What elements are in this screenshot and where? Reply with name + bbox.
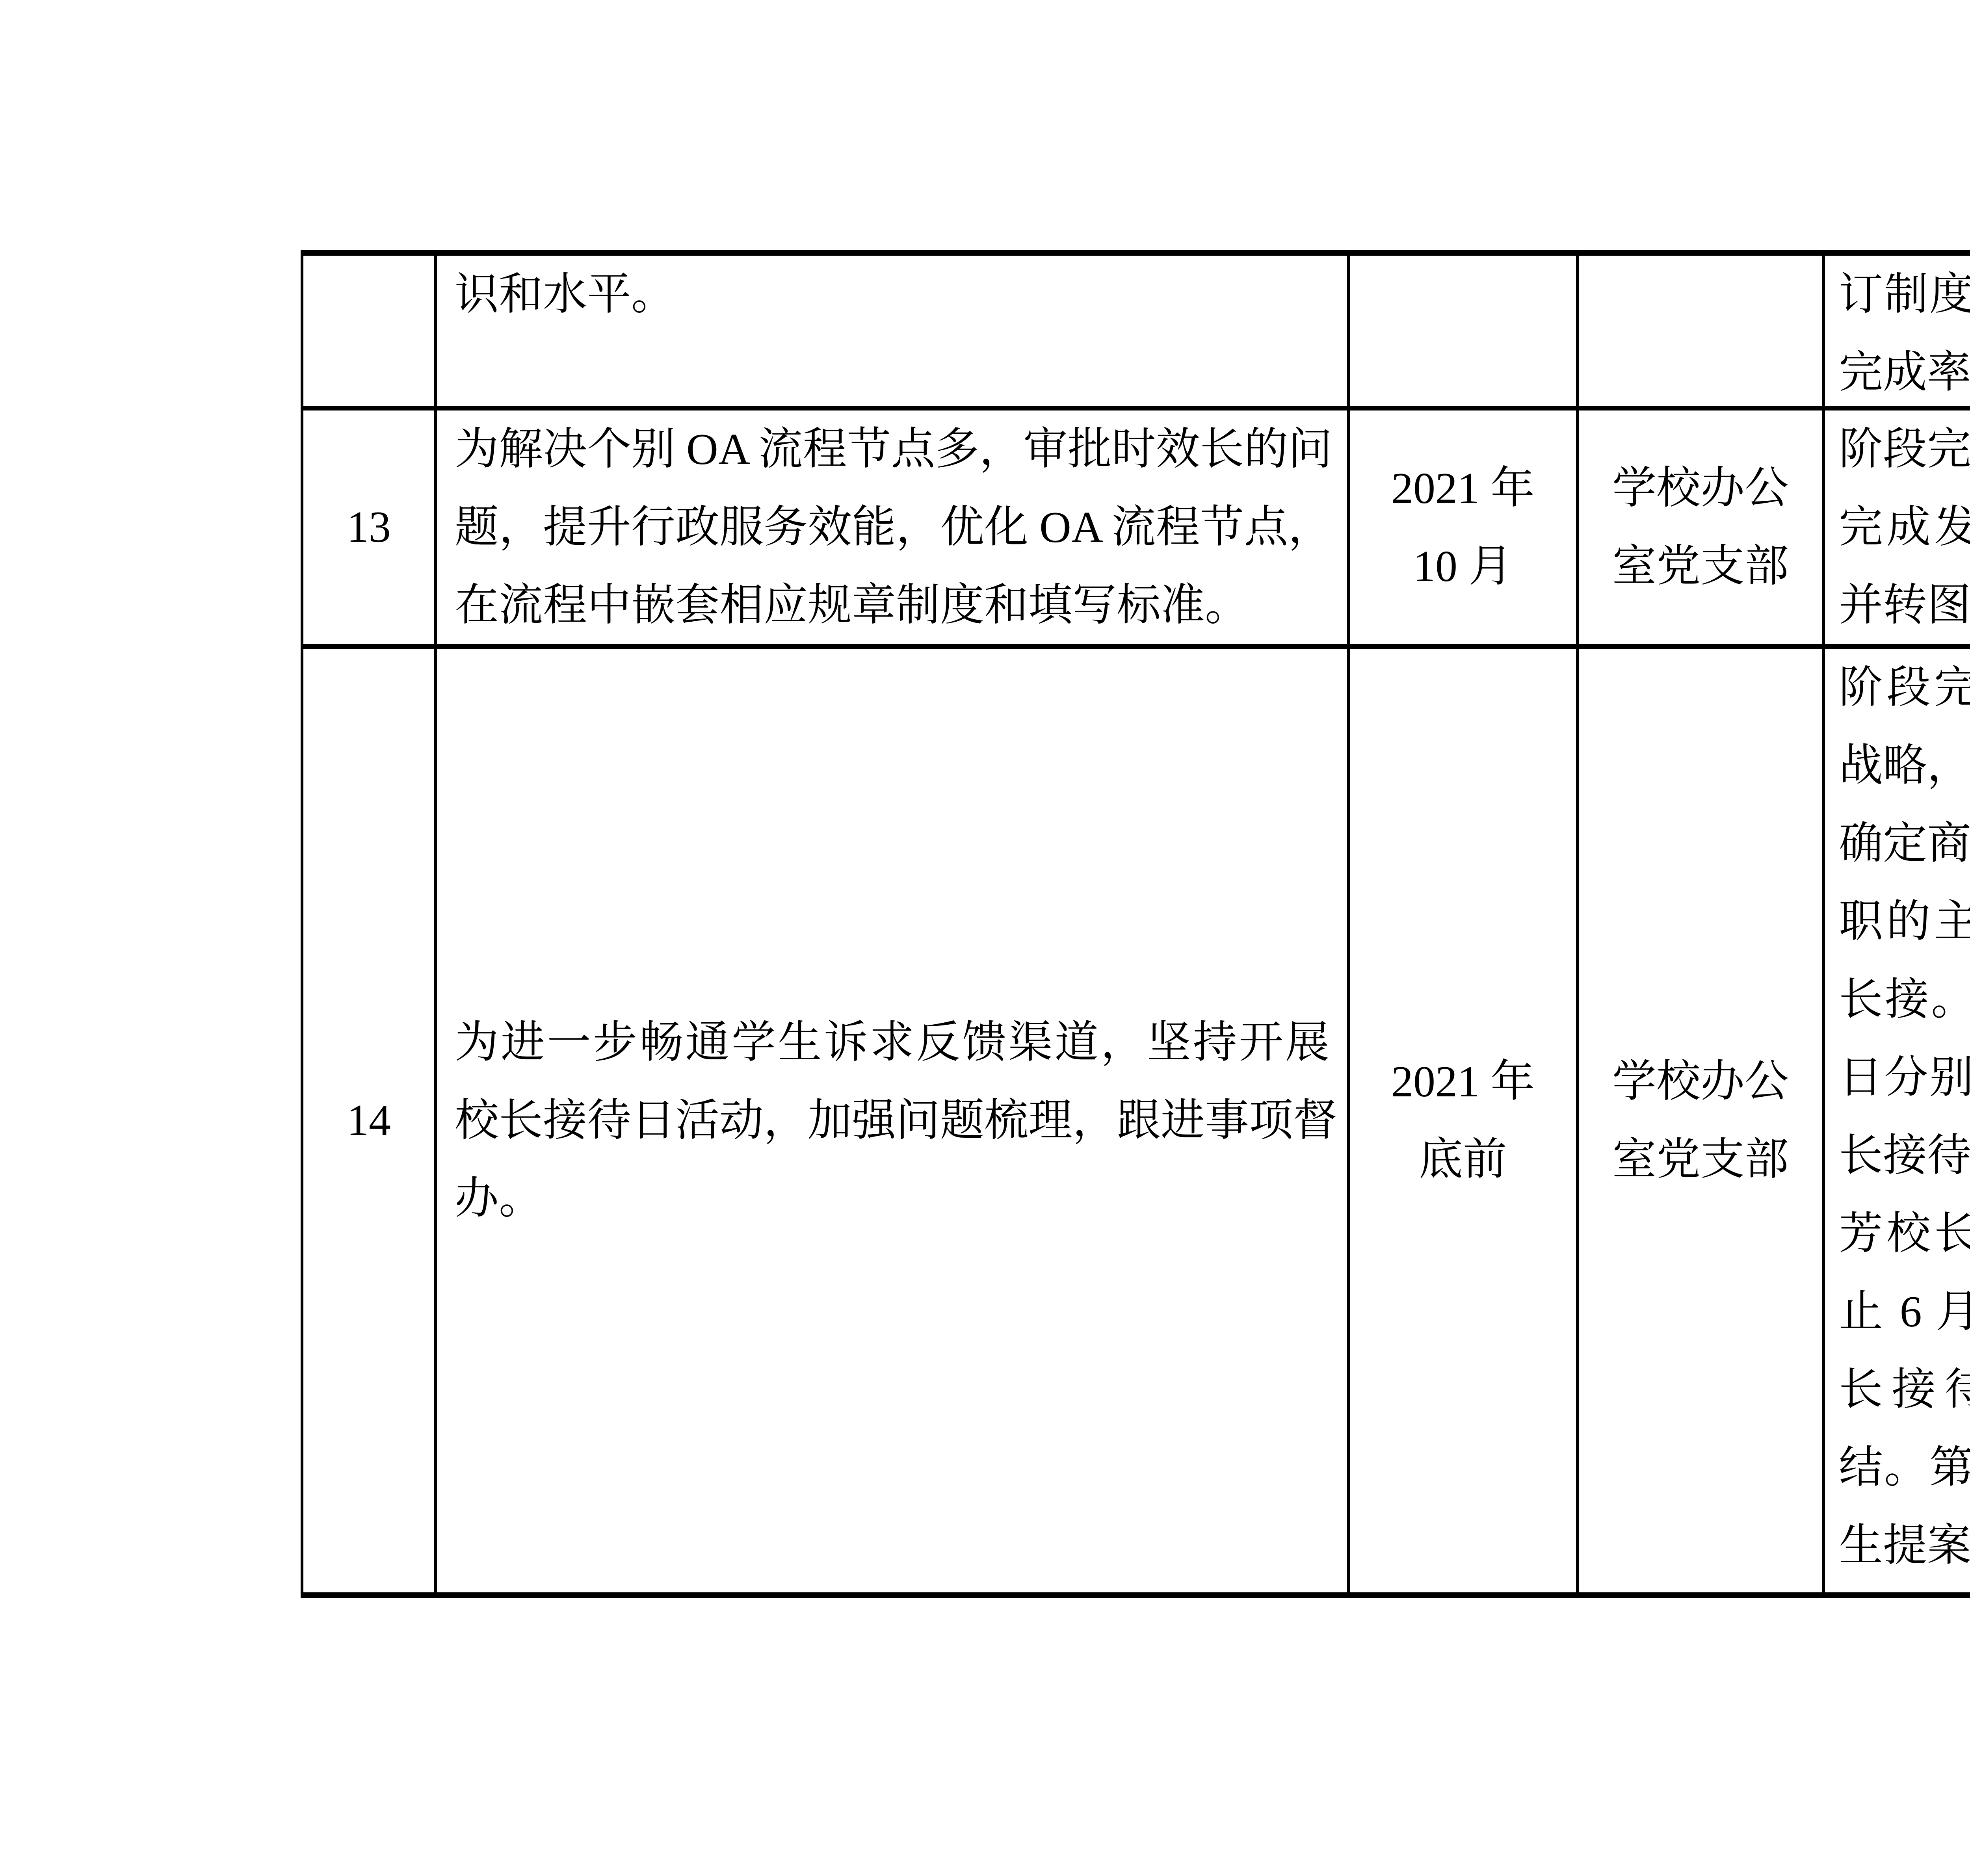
status-line: 长接。4 月 28 日、6 月 23 — [1839, 961, 1970, 1039]
cell-seq-14: 14 — [303, 649, 437, 1592]
status-line: 长接待日学生提案已办 — [1839, 1351, 1970, 1429]
time-line: 底前 — [1350, 1121, 1576, 1199]
cell-task-14: 为进一步畅通学生诉求反馈渠道，坚持开展 校长接待日活动，加强问题梳理，跟进事项督… — [437, 649, 1350, 1592]
status-line: 生提案督办正在进行中。 — [1839, 1507, 1970, 1585]
status-line: 确定商科、文科、工科、高 — [1839, 805, 1970, 883]
dept-line: 学校办公 — [1579, 1043, 1822, 1121]
status-line: 完成发文和制度流程优化 — [1839, 489, 1970, 567]
cell-time-14: 2021 年 底前 — [1350, 649, 1579, 1592]
status-line: 战略，围绕学生学习体验， — [1839, 727, 1970, 805]
task-line: 题，提升行政服务效能，优化 OA 流程节点， — [455, 489, 1329, 567]
status-line: 结。第 78 次校长接待日学 — [1839, 1429, 1970, 1507]
cell-seq-13: 13 — [303, 410, 437, 649]
dept-line: 学校办公 — [1579, 449, 1822, 528]
status-line: 订制度，共计完成 85 项， — [1839, 256, 1970, 334]
status-line: 长接待日，刘瑾校长、张乐 — [1839, 1117, 1970, 1195]
task-line: 办。 — [455, 1160, 1329, 1238]
status-line: 芳校长助理参加接待。截 — [1839, 1195, 1970, 1273]
progress-table: 识和水平。 订制度，共计完成 85 项， 完成率 86.7%。 13 为解决个别… — [301, 250, 1970, 1598]
cell-status-13: 阶段完成情况。3 月 17 日， 完成发文和制度流程优化 并转图文信息中心。 — [1825, 410, 1970, 649]
dept-line: 室党支部 — [1579, 528, 1822, 606]
task-line: 在流程中嵌套相应规章制度和填写标准。 — [455, 567, 1329, 645]
status-line: 阶段完成情况。3 月 17 日， — [1839, 410, 1970, 489]
cell-task-13: 为解决个别 OA 流程节点多，审批时效长的问 题，提升行政服务效能，优化 OA … — [437, 410, 1350, 649]
task-line: 校长接待日活动，加强问题梳理，跟进事项督 — [455, 1082, 1329, 1160]
task-line: 为进一步畅通学生诉求反馈渠道，坚持开展 — [455, 1004, 1329, 1082]
cell-dept-cont — [1579, 256, 1825, 410]
task-line: 为解决个别 OA 流程节点多，审批时效长的问 — [455, 410, 1329, 489]
cell-dept-14: 学校办公 室党支部 — [1579, 649, 1825, 1592]
status-line: 并转图文信息中心。 — [1839, 567, 1970, 645]
status-line: 止 6 月 28 日，第 77 次校 — [1839, 1273, 1970, 1351]
status-line: 完成率 86.7%。 — [1839, 334, 1970, 412]
cell-time-13: 2021 年 10 月 — [1350, 410, 1579, 649]
row-number: 13 — [347, 502, 391, 553]
time-line: 10 月 — [1350, 528, 1576, 606]
row-number: 14 — [347, 1095, 391, 1146]
time-line: 2021 年 — [1350, 1043, 1576, 1121]
status-line: 日分别举行第 77、78 次校 — [1839, 1039, 1970, 1117]
cell-status-cont: 订制度，共计完成 85 项， 完成率 86.7%。 — [1825, 256, 1970, 410]
dept-line: 室党支部 — [1579, 1121, 1822, 1199]
status-line: 职的主题顺序举办四场校 — [1839, 883, 1970, 961]
time-line: 2021 年 — [1350, 449, 1576, 528]
cell-status-14: 阶段完成情况。匹配学校 战略，围绕学生学习体验， 确定商科、文科、工科、高 职的… — [1825, 649, 1970, 1592]
cell-seq-cont — [303, 256, 437, 410]
task-line: 识和水平。 — [455, 256, 1329, 334]
cell-dept-13: 学校办公 室党支部 — [1579, 410, 1825, 649]
document-page: { "page": { "number_label": "- 27 -" }, … — [0, 0, 1970, 1876]
cell-time-cont — [1350, 256, 1579, 410]
cell-task-cont: 识和水平。 — [437, 256, 1350, 410]
status-line: 阶段完成情况。匹配学校 — [1839, 649, 1970, 727]
